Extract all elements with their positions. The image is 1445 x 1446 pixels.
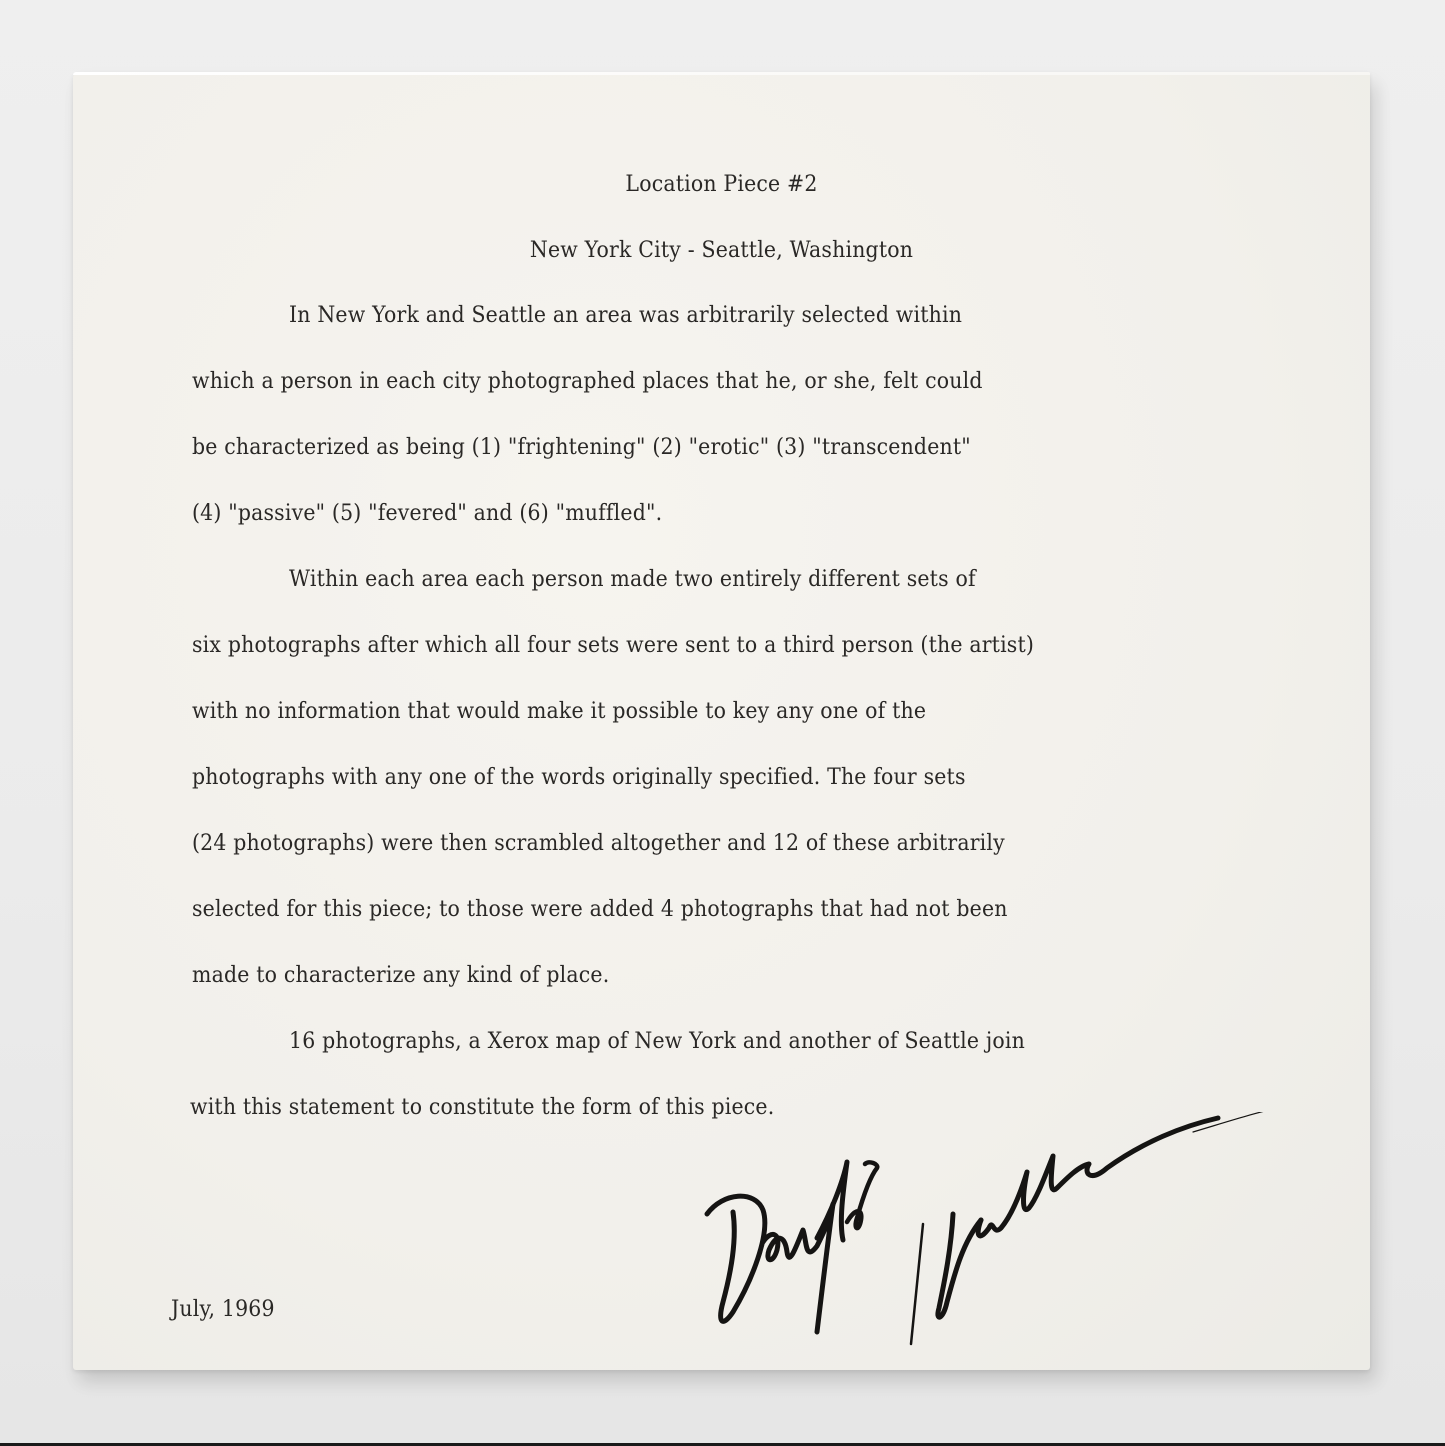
paragraph-1-line-4: (4) "passive" (5) "fevered" and (6) "muf…	[192, 501, 662, 526]
statement-card: Location Piece #2 New York City - Seattl…	[73, 72, 1370, 1370]
paragraph-2-line-3: with no information that would make it p…	[192, 699, 926, 724]
paragraph-2-line-2: six photographs after which all four set…	[192, 633, 1034, 658]
paragraph-1-line-2: which a person in each city photographed…	[192, 369, 983, 394]
paragraph-2-line-7: made to characterize any kind of place.	[192, 963, 609, 988]
paragraph-2-line-6: selected for this piece; to those were a…	[192, 897, 1008, 922]
paragraph-2-line-4: photographs with any one of the words or…	[192, 765, 966, 790]
paragraph-2-line-1: Within each area each person made two en…	[289, 567, 976, 592]
paragraph-3-line-1: 16 photographs, a Xerox map of New York …	[289, 1029, 1025, 1054]
paragraph-3-line-2: with this statement to constitute the fo…	[190, 1095, 774, 1120]
document-title: Location Piece #2	[118, 172, 1324, 197]
paragraph-2-line-5: (24 photographs) were then scrambled alt…	[192, 831, 1005, 856]
document-subtitle: New York City - Seattle, Washington	[118, 238, 1324, 263]
paragraph-1-line-3: be characterized as being (1) "frighteni…	[192, 435, 971, 460]
signature-icon	[693, 1112, 1293, 1362]
document-date: July, 1969	[171, 1297, 275, 1322]
paragraph-1-line-1: In New York and Seattle an area was arbi…	[289, 303, 962, 328]
